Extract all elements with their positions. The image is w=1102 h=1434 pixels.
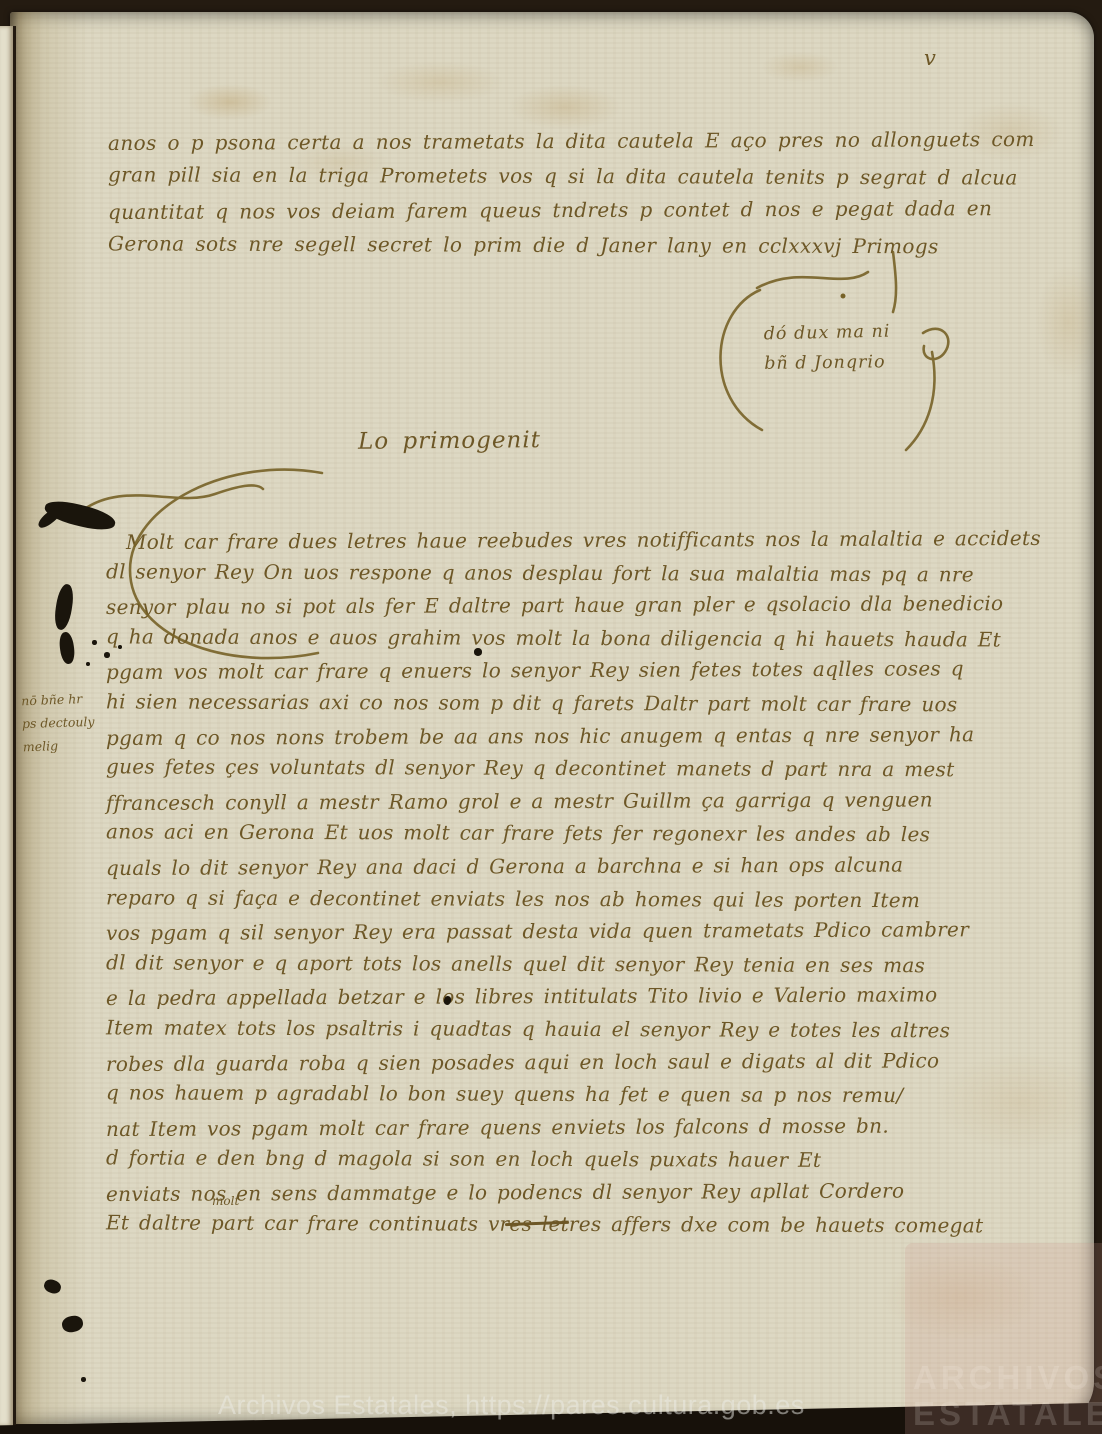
manuscript-line: reparo q si faça e decontinet enviats le… (106, 881, 1041, 917)
manuscript-line: senyor plau no si pot als fer E daltre p… (106, 587, 1041, 624)
manuscript-line: quantitat q nos vos deiam farem queus tn… (108, 191, 1035, 230)
closing-paragraph: anos o p psona certa a nos trametats la … (108, 124, 1035, 262)
manuscript-line: Et daltre part car frare continuats vres… (106, 1207, 1041, 1243)
previous-page-edge (0, 26, 16, 1426)
ink-speck (86, 662, 90, 666)
folio-number: v (924, 46, 936, 70)
manuscript-line: dl dit senyor e q aport tots los anells … (106, 946, 1041, 982)
manuscript-line: e la pedra appellada betzar e los libres… (106, 978, 1041, 1015)
manuscript-line: vos pgam q sil senyor Rey era passat des… (106, 913, 1041, 950)
ink-speck (474, 648, 482, 656)
signature-note: dó dux ma ni bñ d Jonqrio (763, 317, 891, 379)
manuscript-line: anos aci en Gerona Et uos molt car frare… (106, 816, 1041, 852)
manuscript-line: pgam q co nos nons trobem be aa ans nos … (106, 718, 1041, 755)
manuscript-line: Item matex tots los psaltris i quadtas q… (106, 1011, 1041, 1047)
letter-heading: Lo primogenit (358, 427, 541, 455)
archive-stamp-overlay: ARCHIVOS ESTATALES (905, 1243, 1102, 1434)
manuscript-scan: v anos o p psona certa a nos trametats l… (0, 0, 1102, 1434)
archive-stamp-text: ARCHIVOS (913, 1359, 1102, 1397)
interlinear-correction: molt (212, 1194, 239, 1208)
letter-body: Molt car frare dues letres haue reebudes… (106, 524, 1041, 1241)
manuscript-line: nat Item vos pgam molt car frare quens e… (106, 1109, 1041, 1146)
manuscript-line: gran pill sia en la triga Prometets vos … (108, 157, 1035, 195)
manuscript-line: quals lo dit senyor Rey ana daci d Geron… (106, 848, 1041, 885)
manuscript-line: Gerona sots nre segell secret lo prim di… (108, 226, 1035, 264)
manuscript-line: bñ d Jonqrio (764, 347, 891, 379)
ink-speck (118, 645, 122, 649)
ink-speck (104, 652, 110, 658)
manuscript-line: ffrancesch conyll a mestr Ramo grol e a … (106, 783, 1041, 820)
manuscript-line: dó dux ma ni (763, 317, 890, 350)
ink-speck (92, 640, 97, 645)
manuscript-line: enviats nos en sens dammatge e lo podenc… (106, 1174, 1041, 1211)
manuscript-line: pgam vos molt car frare q enuers lo seny… (106, 652, 1041, 689)
manuscript-line: gues fetes çes voluntats dl senyor Rey q… (106, 751, 1041, 787)
manuscript-line: q ha donada anos e auos grahim vos molt … (106, 620, 1041, 656)
manuscript-line: nō bñe hr (21, 687, 94, 713)
manuscript-line: melig (22, 733, 95, 759)
manuscript-line: hi sien necessarias axi co nos som p dit… (106, 685, 1041, 721)
manuscript-line: Molt car frare dues letres haue reebudes… (106, 522, 1041, 559)
manuscript-line: robes dla guarda roba q sien posades aqu… (106, 1043, 1041, 1080)
manuscript-line: d fortia e den bng d magola si son en lo… (106, 1142, 1041, 1178)
archive-stamp-text: ESTATALES (913, 1395, 1102, 1433)
manuscript-line: ps dectouly (22, 710, 95, 735)
manuscript-line: dl senyor Rey On uos respone q anos desp… (106, 555, 1041, 591)
margin-note: nō bñe hr ps dectouly melig (21, 687, 96, 758)
manuscript-line: q nos hauem p agradabl lo bon suey quens… (106, 1076, 1041, 1112)
digital-watermark: Archivos Estatales, https://pares.cultur… (218, 1390, 805, 1421)
ink-speck (81, 1377, 86, 1382)
manuscript-line: anos o p psona certa a nos trametats la … (108, 122, 1035, 161)
